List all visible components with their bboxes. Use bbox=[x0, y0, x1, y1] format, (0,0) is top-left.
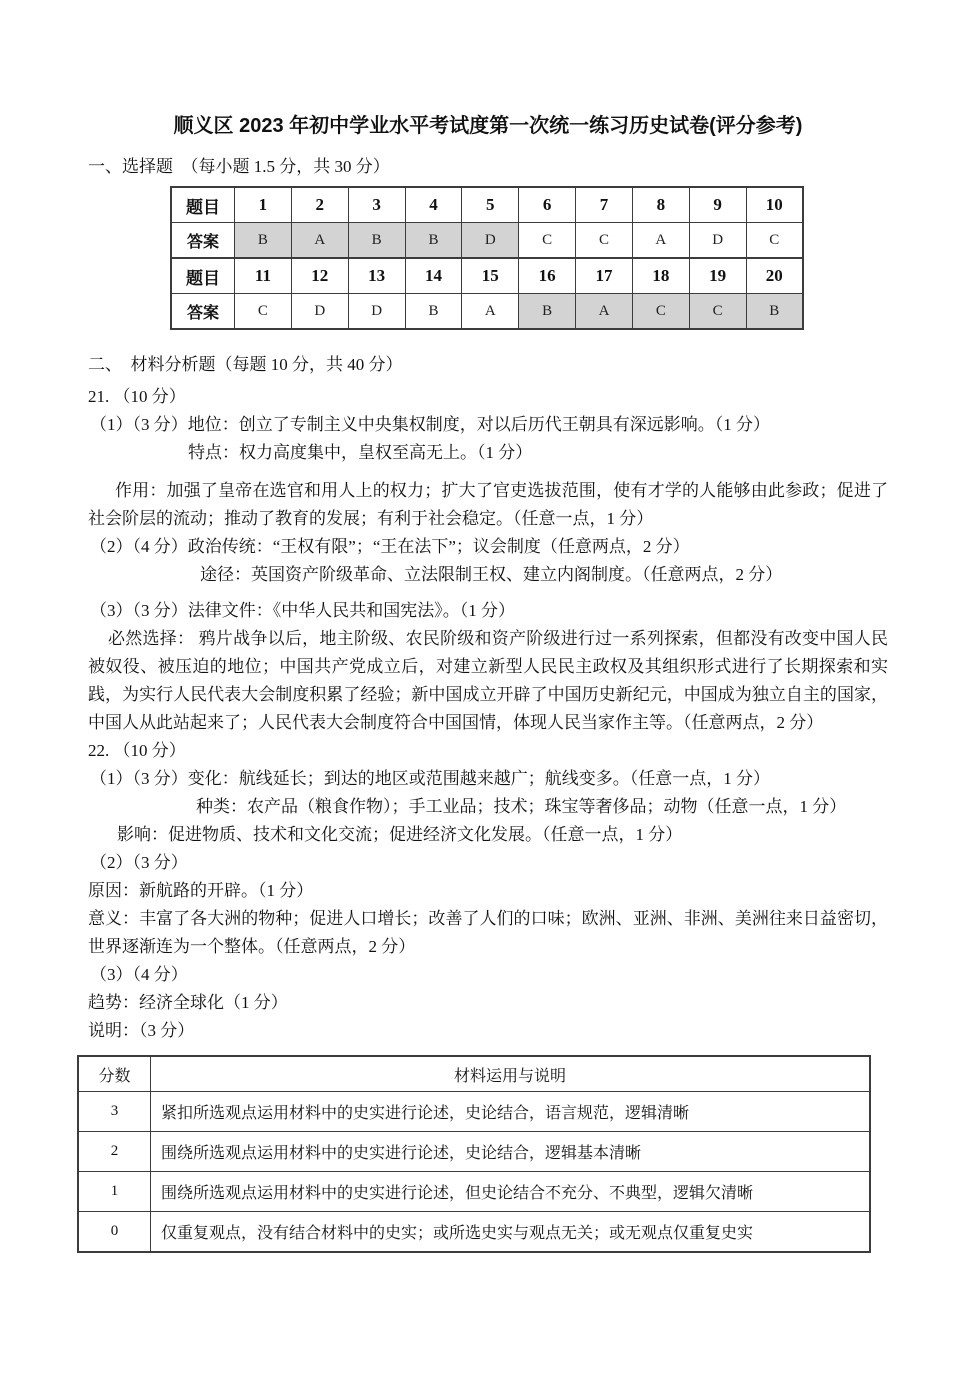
question-number-cell: 18 bbox=[632, 258, 689, 294]
q22-part1-line2: 种类：农产品（粮食作物）；手工业品；技术；珠宝等奢侈品；动物（任意一点，1 分） bbox=[88, 793, 888, 821]
answer-cell: D bbox=[462, 223, 519, 259]
question-number-cell: 4 bbox=[405, 187, 462, 223]
answer-cell: A bbox=[576, 294, 633, 330]
answer-cell: D bbox=[291, 294, 348, 330]
question-number-cell: 2 bbox=[291, 187, 348, 223]
question-number-cell: 13 bbox=[348, 258, 405, 294]
q22-part1-line3: 影响：促进物质、技术和文化交流；促进经济文化发展。（任意一点，1 分） bbox=[88, 821, 888, 849]
question-row-label: 题目 bbox=[171, 187, 235, 223]
answer-cell: B bbox=[746, 294, 803, 330]
answer-cell: C bbox=[576, 223, 633, 259]
question-number-cell: 17 bbox=[576, 258, 633, 294]
rubric-row: 0仅重复观点，没有结合材料中的史实；或所选史实与观点无关；或无观点仅重复史实 bbox=[78, 1212, 870, 1253]
rubric-score-cell: 3 bbox=[78, 1092, 151, 1132]
q21-part1-line3: 作用：加强了皇帝在选官和用人上的权力；扩大了官吏选拔范围，使有才学的人能够由此参… bbox=[88, 477, 888, 533]
answer-cell: C bbox=[235, 294, 292, 330]
question-number-row: 题目12345678910 bbox=[171, 187, 803, 223]
rubric-header-row: 分数 材料运用与说明 bbox=[78, 1056, 870, 1092]
answer-cell: A bbox=[462, 294, 519, 330]
rubric-table: 分数 材料运用与说明 3紧扣所选观点运用材料中的史实进行论述，史论结合，语言规范… bbox=[77, 1055, 871, 1253]
rubric-row: 2围绕所选观点运用材料中的史实进行论述，史论结合，逻辑基本清晰 bbox=[78, 1132, 870, 1172]
q22-part1-line1: （1）（3 分）变化：航线延长；到达的地区或范围越来越广；航线变多。（任意一点，… bbox=[88, 765, 888, 793]
rubric-row: 3紧扣所选观点运用材料中的史实进行论述，史论结合，语言规范，逻辑清晰 bbox=[78, 1092, 870, 1132]
question-row-label: 题目 bbox=[171, 258, 235, 294]
question-number-row: 题目11121314151617181920 bbox=[171, 258, 803, 294]
answer-cell: A bbox=[632, 223, 689, 259]
q22-part2-line2: 意义：丰富了各大洲的物种；促进人口增长；改善了人们的口味；欧洲、亚洲、非洲、美洲… bbox=[88, 905, 888, 961]
q22-header: 22. （10 分） bbox=[88, 737, 888, 765]
rubric-row: 1围绕所选观点运用材料中的史实进行论述，但史论结合不充分、不典型，逻辑欠清晰 bbox=[78, 1172, 870, 1212]
answer-cell: B bbox=[235, 223, 292, 259]
q21-part1-line1: （1）（3 分）地位：创立了专制主义中央集权制度，对以后历代王朝具有深远影响。（… bbox=[88, 411, 888, 439]
answer-row: 答案CDDBABACCB bbox=[171, 294, 803, 330]
q22-part3-line2: 说明：（3 分） bbox=[88, 1017, 888, 1045]
answer-cell: B bbox=[348, 223, 405, 259]
question-number-cell: 7 bbox=[576, 187, 633, 223]
rubric-desc-cell: 紧扣所选观点运用材料中的史实进行论述，史论结合，语言规范，逻辑清晰 bbox=[151, 1092, 871, 1132]
answer-cell: B bbox=[405, 223, 462, 259]
answer-row-label: 答案 bbox=[171, 294, 235, 330]
question-number-cell: 6 bbox=[519, 187, 576, 223]
answer-body: 21. （10 分）（1）（3 分）地位：创立了专制主义中央集权制度，对以后历代… bbox=[88, 383, 888, 1045]
question-number-cell: 10 bbox=[746, 187, 803, 223]
question-number-cell: 1 bbox=[235, 187, 292, 223]
q21-part3-line2: 必然选择： 鸦片战争以后，地主阶级、农民阶级和资产阶级进行过一系列探索，但都没有… bbox=[88, 625, 888, 737]
answer-cell: B bbox=[519, 294, 576, 330]
answer-row: 答案BABBDCCADC bbox=[171, 223, 803, 259]
question-number-cell: 9 bbox=[689, 187, 746, 223]
question-number-cell: 3 bbox=[348, 187, 405, 223]
answer-key-table: 题目12345678910答案BABBDCCADC题目1112131415161… bbox=[170, 186, 804, 330]
rubric-score-cell: 0 bbox=[78, 1212, 151, 1253]
question-number-cell: 16 bbox=[519, 258, 576, 294]
rubric-score-cell: 2 bbox=[78, 1132, 151, 1172]
question-number-cell: 5 bbox=[462, 187, 519, 223]
answer-key-table-body: 题目12345678910答案BABBDCCADC题目1112131415161… bbox=[171, 187, 803, 329]
q22-part2-header: （2）（3 分） bbox=[88, 849, 888, 877]
rubric-table-head: 分数 材料运用与说明 bbox=[78, 1056, 870, 1092]
q22-part3-line1: 趋势：经济全球化（1 分） bbox=[88, 989, 888, 1017]
answer-row-label: 答案 bbox=[171, 223, 235, 259]
page-title: 顺义区 2023 年初中学业水平考试度第一次统一练习历史试卷(评分参考) bbox=[88, 112, 888, 140]
answer-cell: C bbox=[632, 294, 689, 330]
question-number-cell: 12 bbox=[291, 258, 348, 294]
q21-part2-line1: （2）（4 分）政治传统：“王权有限”；“王在法下”；议会制度（任意两点，2 分… bbox=[88, 533, 888, 561]
rubric-score-header: 分数 bbox=[78, 1056, 151, 1092]
answer-cell: D bbox=[348, 294, 405, 330]
question-number-cell: 19 bbox=[689, 258, 746, 294]
question-number-cell: 20 bbox=[746, 258, 803, 294]
q21-part2-line2: 途径：英国资产阶级革命、立法限制王权、建立内阁制度。（任意两点，2 分） bbox=[88, 561, 888, 589]
answer-cell: C bbox=[746, 223, 803, 259]
rubric-desc-cell: 围绕所选观点运用材料中的史实进行论述，史论结合，逻辑基本清晰 bbox=[151, 1132, 871, 1172]
q22-part3-header: （3）（4 分） bbox=[88, 961, 888, 989]
rubric-desc-header: 材料运用与说明 bbox=[151, 1056, 871, 1092]
question-number-cell: 11 bbox=[235, 258, 292, 294]
question-number-cell: 14 bbox=[405, 258, 462, 294]
rubric-desc-cell: 围绕所选观点运用材料中的史实进行论述，但史论结合不充分、不典型，逻辑欠清晰 bbox=[151, 1172, 871, 1212]
answer-cell: C bbox=[519, 223, 576, 259]
answer-cell: D bbox=[689, 223, 746, 259]
rubric-score-cell: 1 bbox=[78, 1172, 151, 1212]
q21-header: 21. （10 分） bbox=[88, 383, 888, 411]
answer-cell: C bbox=[689, 294, 746, 330]
answer-cell: A bbox=[291, 223, 348, 259]
section1-heading: 一、选择题 （每小题 1.5 分，共 30 分） bbox=[88, 156, 888, 178]
q21-part1-line2: 特点：权力高度集中，皇权至高无上。（1 分） bbox=[88, 439, 888, 467]
section2-heading: 二、 材料分析题（每题 10 分，共 40 分） bbox=[88, 354, 888, 376]
question-number-cell: 8 bbox=[632, 187, 689, 223]
question-number-cell: 15 bbox=[462, 258, 519, 294]
rubric-table-body: 3紧扣所选观点运用材料中的史实进行论述，史论结合，语言规范，逻辑清晰2围绕所选观… bbox=[78, 1092, 870, 1253]
document-page: 顺义区 2023 年初中学业水平考试度第一次统一练习历史试卷(评分参考) 一、选… bbox=[0, 0, 971, 1373]
answer-cell: B bbox=[405, 294, 462, 330]
rubric-desc-cell: 仅重复观点，没有结合材料中的史实；或所选史实与观点无关；或无观点仅重复史实 bbox=[151, 1212, 871, 1253]
q22-part2-line1: 原因：新航路的开辟。（1 分） bbox=[88, 877, 888, 905]
q21-part3-line1: （3）（3 分）法律文件：《中华人民共和国宪法》。（1 分） bbox=[88, 597, 888, 625]
